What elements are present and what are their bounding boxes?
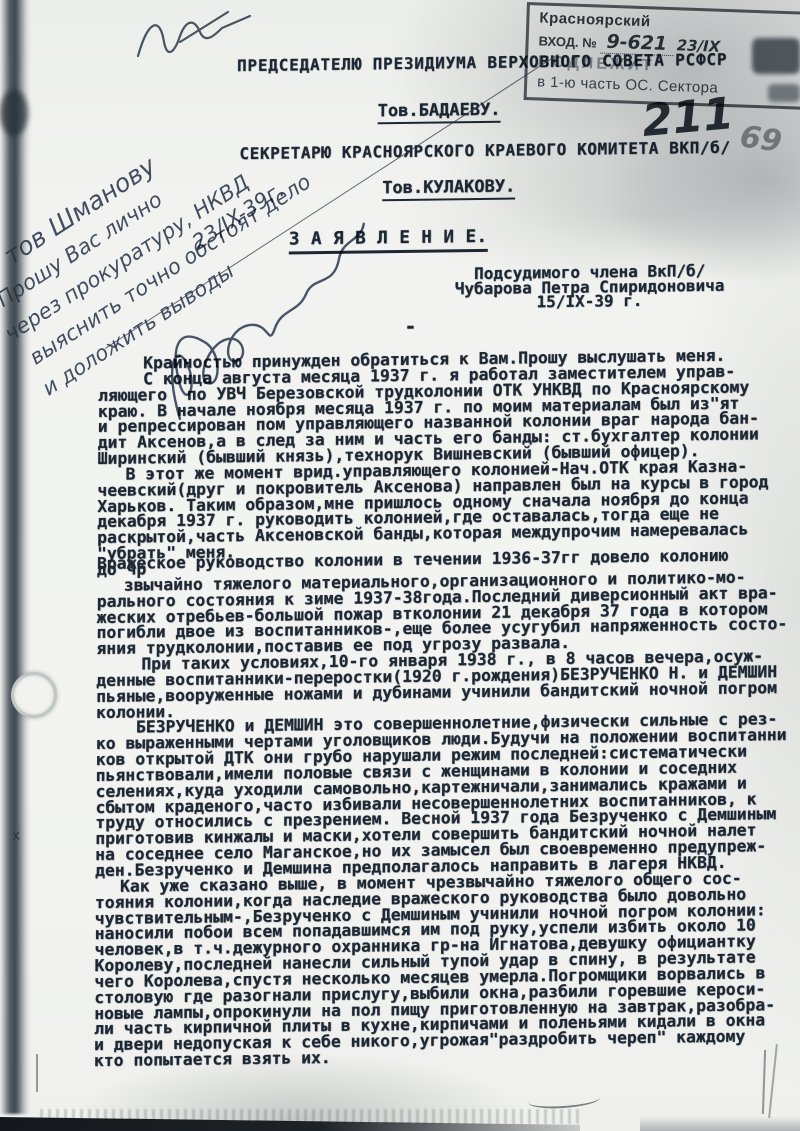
photocopy-smudge [752,38,800,74]
hole-punch [11,672,57,718]
addressee-kulakov: Тов.КУЛАКОВУ. [382,177,515,202]
faint-page-number: 69 [738,119,784,159]
binding-shadow-knot [0,90,28,136]
stamp-entry-number: 9-621 [600,31,674,57]
corner-scribble [130,6,300,66]
folio-number: 211 [640,88,736,147]
typed-body: Крайностью принужден обратиться к Вам.Пр… [94,347,800,1069]
bottom-right-shadow [640,1116,800,1131]
stamp-entry-date: 23/IX [676,36,720,56]
photocopy-smudge-small [768,84,800,102]
binding-shadow [0,0,30,1114]
scanned-document-page: ПРЕДСЕДАТЕЛЮ ПРЕЗИДИУМА ВЕРХОВНОГО СОВЕТ… [0,0,800,1131]
stamp-entry-label: ВХОД. № [538,33,597,50]
applicant-block: Подсудимого члена ВкП/б/ Чубарова Петра … [434,264,744,312]
crease-line-left [36,1054,38,1092]
